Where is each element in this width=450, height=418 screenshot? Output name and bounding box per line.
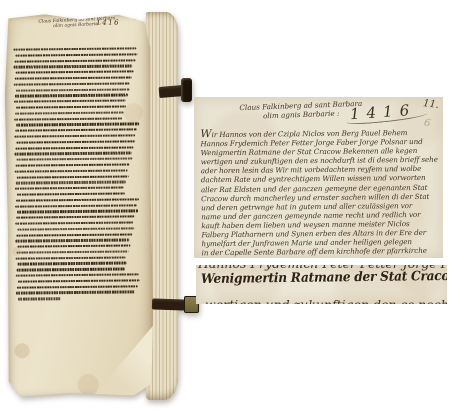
handwriting-line	[15, 94, 128, 97]
handwriting-line	[16, 256, 127, 259]
page-corner-fold	[92, 324, 155, 397]
handwriting-line	[16, 291, 135, 295]
handwriting-line	[16, 105, 127, 108]
clipped-line-below: wertigen und zukunftigen den es nochdurf…	[205, 297, 447, 304]
highlighted-line: Wenigmertin Ratmane der Stat Cracow	[201, 269, 447, 287]
book-clasp-top	[159, 74, 195, 108]
handwriting-line	[14, 117, 122, 120]
clasp-knob	[181, 78, 192, 102]
handwriting-line	[18, 297, 61, 300]
handwriting-line	[15, 204, 137, 208]
handwriting-line	[16, 273, 139, 277]
clasp-strap	[152, 298, 185, 310]
book-photo: Claus Falkinberg ad sant Barbara olim ag…	[6, 10, 190, 402]
manuscript-photo-collage: Claus Falkinberg ad sant Barbara olim ag…	[0, 0, 450, 418]
detail-crop-line-strip: Hannos Frydemich Peter Fetter Jorge Fabe…	[196, 265, 447, 304]
margin-number: 11.	[422, 98, 439, 111]
handwriting-line	[18, 279, 140, 283]
entry-text-block: Wir Hannos von der Czipla Niclos von Ber…	[200, 127, 438, 258]
handwriting-line	[16, 140, 135, 144]
handwriting-line	[14, 82, 130, 86]
handwriting-line	[17, 227, 134, 231]
handwriting-line	[16, 71, 134, 75]
handwriting-line	[17, 192, 125, 195]
detail-crop-entry-1416: Claus Falkinberg ad sant Barbara olim ag…	[194, 97, 443, 258]
handwriting-line	[17, 210, 138, 214]
handwriting-line	[15, 76, 132, 80]
page-folio-number: 11.	[133, 15, 142, 21]
handwriting-line	[14, 65, 133, 69]
handwriting-line	[14, 134, 135, 138]
handwriting-line	[16, 198, 139, 202]
handwriting-line	[15, 129, 137, 133]
handwriting-line	[17, 245, 130, 248]
handwriting-line	[16, 181, 127, 184]
handwriting-line	[16, 123, 139, 127]
handwriting-line	[18, 262, 127, 265]
handwriting-line	[14, 59, 135, 63]
handwriting-line	[15, 146, 133, 150]
handwriting-line	[16, 88, 130, 91]
page-year: 1416	[96, 19, 120, 27]
handwriting-line	[15, 187, 124, 190]
handwriting-line	[15, 111, 124, 114]
handwriting-line	[16, 250, 128, 253]
page-handwriting-block	[13, 47, 143, 303]
handwriting-line	[14, 152, 131, 156]
manuscript-text-line: in der Capelle Sente Barbare off dem kir…	[202, 246, 439, 258]
handwriting-line	[15, 239, 129, 242]
handwriting-line	[15, 169, 128, 172]
handwriting-line	[15, 53, 137, 57]
handwriting-line	[17, 158, 133, 162]
handwriting-line	[16, 233, 132, 237]
entry-year: 1416	[349, 101, 416, 124]
handwriting-line	[17, 175, 129, 178]
handwriting-line	[14, 100, 126, 103]
handwriting-line	[15, 221, 133, 225]
book-clasp-bottom	[152, 286, 199, 322]
handwriting-line	[13, 47, 136, 51]
handwriting-line	[17, 285, 138, 289]
handwriting-line	[17, 268, 125, 271]
manuscript-page: Claus Falkinberg ad sant Barbara olim ag…	[4, 13, 154, 397]
handwriting-line	[16, 216, 135, 220]
handwriting-line	[16, 163, 130, 166]
